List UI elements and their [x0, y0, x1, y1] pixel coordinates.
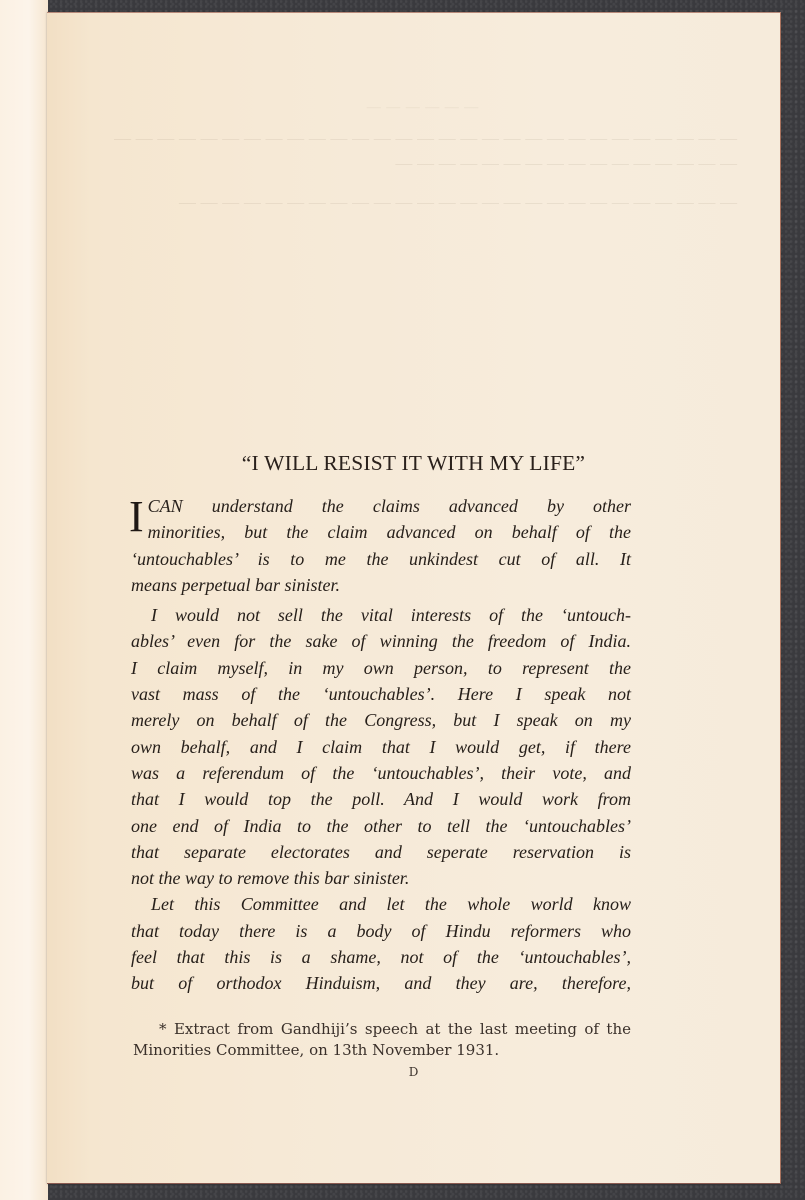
bleed-through-text: — — — — — — — — — — — — — — — — — — — — …: [107, 95, 737, 229]
text-line: ‘untouchables’ is to me the unkindest cu…: [131, 546, 631, 572]
footnote-line: * Extract from Gandhiji’s speech at the …: [131, 1019, 631, 1040]
text-line: merely on behalf of the Congress, but I …: [131, 707, 631, 733]
section-heading: “I WILL RESIST IT WITH MY LIFE”: [47, 451, 780, 476]
text-line: was a referendum of the ‘untouchables’, …: [131, 760, 631, 786]
text-line: means perpetual bar sinister.: [131, 572, 631, 598]
text-line: but of orthodox Hinduism, and they are, …: [131, 970, 631, 996]
book-page: — — — — — — — — — — — — — — — — — — — — …: [47, 12, 781, 1184]
text-line: ables’ even for the sake of winning the …: [131, 628, 631, 654]
text-line: vast mass of the ‘untouchables’. Here I …: [131, 681, 631, 707]
facing-page-edge: [0, 0, 48, 1200]
text-line: minorities, but the claim advanced on be…: [131, 519, 631, 545]
footnote-line: Minorities Committee, on 13th November 1…: [131, 1040, 631, 1061]
text-line: that I would top the poll. And I would w…: [131, 786, 631, 812]
drop-cap: I: [129, 497, 144, 537]
paragraph-1: I CAN understand the claims advanced by …: [131, 493, 631, 598]
text-line: own behalf, and I claim that I would get…: [131, 734, 631, 760]
text-line: Let this Committee and let the whole wor…: [131, 891, 631, 917]
text-line: one end of India to the other to tell th…: [131, 813, 631, 839]
text-line: not the way to remove this bar sinister.: [131, 865, 631, 891]
footnote: * Extract from Gandhiji’s speech at the …: [131, 1019, 631, 1061]
paragraph-3: Let this Committee and let the whole wor…: [131, 891, 631, 996]
paragraph-2: I would not sell the vital interests of …: [131, 602, 631, 891]
text-line: CAN understand the claims advanced by ot…: [131, 493, 631, 519]
text-line: I claim myself, in my own person, to rep…: [131, 655, 631, 681]
text-line: feel that this is a shame, not of the ‘u…: [131, 944, 631, 970]
signature-mark: D: [47, 1065, 780, 1079]
text-line: that today there is a body of Hindu refo…: [131, 918, 631, 944]
speech-body: I CAN understand the claims advanced by …: [131, 493, 631, 997]
text-line: that separate electorates and seperate r…: [131, 839, 631, 865]
text-line: I would not sell the vital interests of …: [131, 602, 631, 628]
